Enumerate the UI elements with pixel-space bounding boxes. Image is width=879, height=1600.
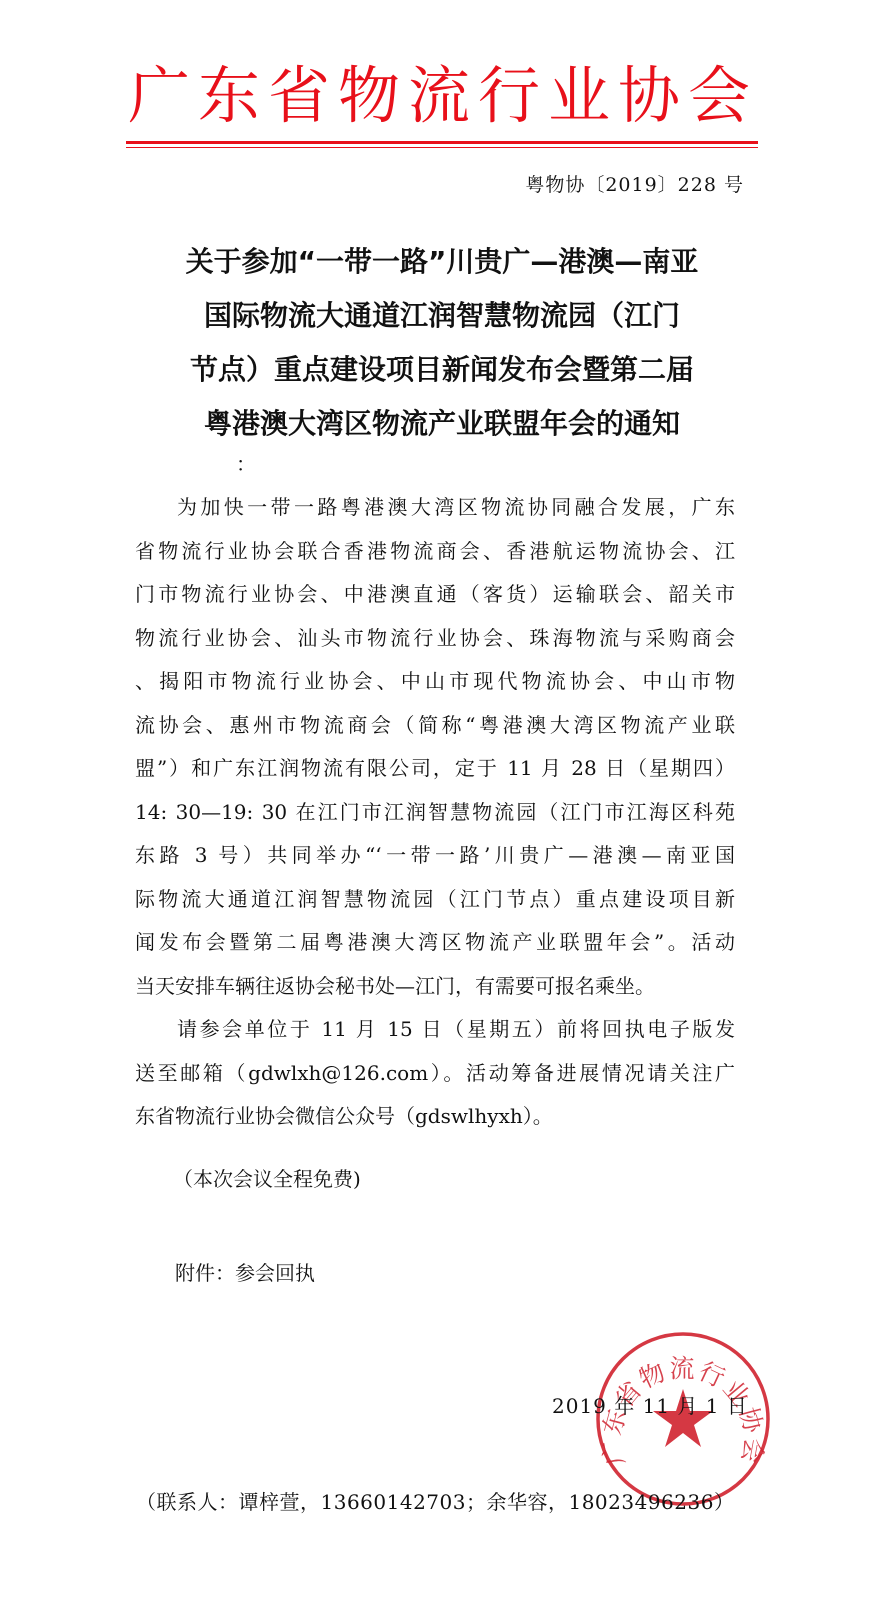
body-line: 物流行业协会、汕头市物流行业协会、珠海物流与采购商会 [135, 617, 735, 661]
body-line: 省物流行业协会联合香港物流商会、香港航运物流协会、江 [135, 530, 735, 574]
masthead-rule-thin [126, 147, 758, 148]
document-number: 粤物协〔2019〕228 号 [525, 170, 744, 197]
body-line: 门市物流行业协会、中港澳直通（客货）运输联会、韶关市 [135, 573, 735, 617]
body-line: 当天安排车辆往返协会秘书处—江门，有需要可报名乘坐。 [135, 965, 735, 1009]
body-line: 、揭阳市物流行业协会、中山市现代物流协会、中山市物 [135, 660, 735, 704]
salutation: ： [236, 448, 256, 477]
title-line: 关于参加“一带一路”川贵广—港澳—南亚 [126, 235, 758, 289]
body-line: 为加快一带一路粤港澳大湾区物流协同融合发展，广东 [135, 486, 735, 530]
body-line: 东省物流行业协会微信公众号（gdswlhyxh）。 [135, 1095, 735, 1139]
body-line: 际物流大通道江润智慧物流园（江门节点）重点建设项目新 [135, 878, 735, 922]
title-line: 国际物流大通道江润智慧物流园（江门 [126, 289, 758, 343]
body-line: 请参会单位于 11 月 15 日（星期五）前将回执电子版发 [135, 1008, 735, 1052]
contact-info: （联系人：谭梓萱，13660142703；余华容，18023496236） [136, 1486, 734, 1515]
title-line: 节点）重点建设项目新闻发布会暨第二届 [126, 343, 758, 397]
body-line: 流协会、惠州市物流商会（简称“粤港澳大湾区物流产业联 [135, 704, 735, 748]
body-line: 送至邮箱（gdwlxh@126.com）。活动筹备进展情况请关注广 [135, 1052, 735, 1096]
body-line: 东路 3 号）共同举办“‘一带一路’川贵广—港澳—南亚国 [135, 834, 735, 878]
document-title: 关于参加“一带一路”川贵广—港澳—南亚 国际物流大通道江润智慧物流园（江门 节点… [126, 235, 758, 451]
body-line: 14: 30—19: 30 在江门市江润智慧物流园（江门市江海区科苑 [135, 791, 735, 835]
title-line: 粤港澳大湾区物流产业联盟年会的通知 [126, 397, 758, 451]
body-text: 为加快一带一路粤港澳大湾区物流协同融合发展，广东 省物流行业协会联合香港物流商会… [135, 486, 735, 1139]
document-page: 广东省物流行业协会 粤物协〔2019〕228 号 关于参加“一带一路”川贵广—港… [0, 0, 879, 1600]
masthead-rule-thick [126, 141, 758, 144]
body-line: 闻发布会暨第二届粤港澳大湾区物流产业联盟年会”。活动 [135, 921, 735, 965]
free-note: （本次会议全程免费) [173, 1163, 361, 1192]
organization-masthead: 广东省物流行业协会 [128, 56, 748, 136]
official-seal-icon: 广东省物流行业协会 [595, 1331, 771, 1507]
body-line: 盟”）和广东江润物流有限公司，定于 11 月 28 日（星期四） [135, 747, 735, 791]
attachment-label: 附件：参会回执 [175, 1257, 315, 1286]
signature-date: 2019 年 11 月 1 日 [552, 1390, 748, 1419]
